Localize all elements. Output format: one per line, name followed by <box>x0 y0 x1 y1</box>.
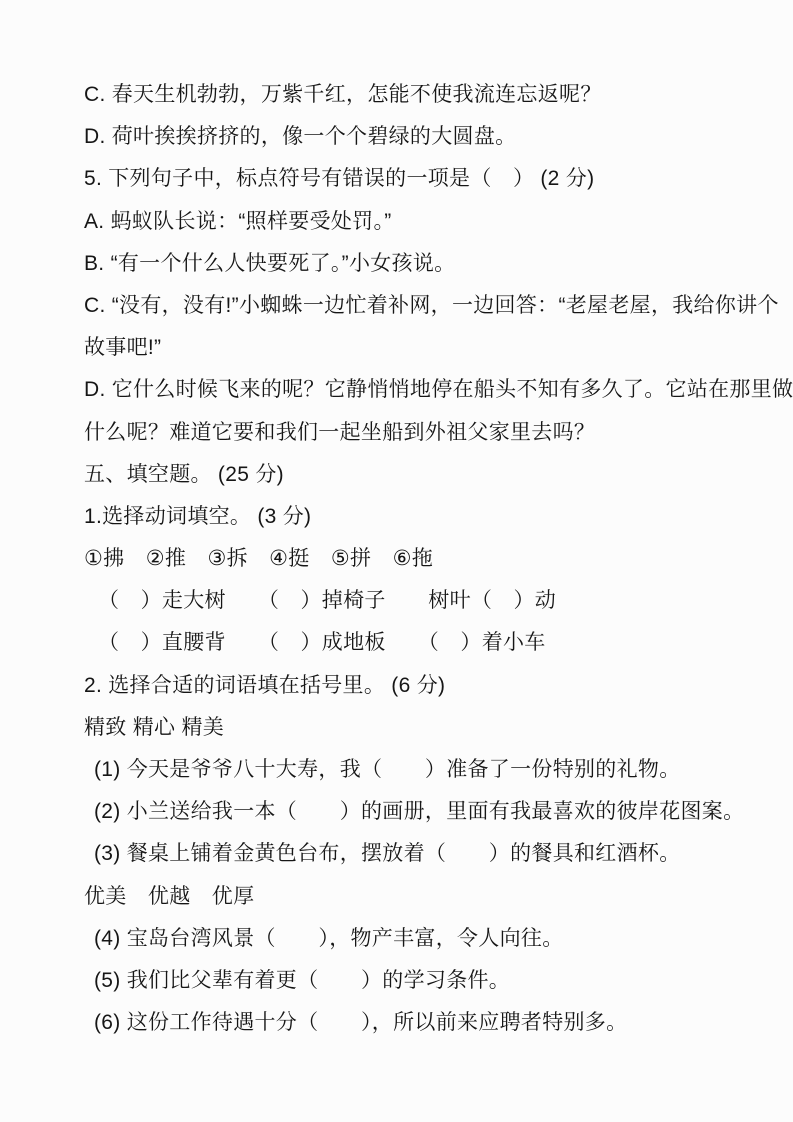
question5-title: 5. 下列句子中，标点符号有错误的一项是（ ） (2 分) <box>84 158 753 200</box>
fill2-item6: (6) 这份工作待遇十分（ ），所以前来应聘者特别多。 <box>84 1002 753 1044</box>
question5-option-c-line2: 故事吧!” <box>84 327 753 369</box>
fill2-word-group1: 精致 精心 精美 <box>84 707 753 749</box>
question5-option-d-line1: D. 它什么时候飞来的呢？它静悄悄地停在船头不知有多久了。它站在那里做 <box>84 369 753 411</box>
document-page: C. 春天生机勃勃，万紫千红，怎能不使我流连忘返呢？ D. 荷叶挨挨挤挤的，像一… <box>0 0 793 1122</box>
fill2-item1: (1) 今天是爷爷八十大寿，我（ ）准备了一份特别的礼物。 <box>84 749 753 791</box>
fill2-title: 2. 选择合适的词语填在括号里。 (6 分) <box>84 665 753 707</box>
fill1-blank-row2: （ ）直腰背 （ ）成地板 （ ）着小车 <box>84 622 753 664</box>
fill2-item2: (2) 小兰送给我一本（ ）的画册，里面有我最喜欢的彼岸花图案。 <box>84 791 753 833</box>
question4-option-c: C. 春天生机勃勃，万紫千红，怎能不使我流连忘返呢？ <box>84 74 753 116</box>
fill2-item3: (3) 餐桌上铺着金黄色台布，摆放着（ ）的餐具和红酒杯。 <box>84 833 753 875</box>
fill2-word-group2: 优美 优越 优厚 <box>84 876 753 918</box>
question5-option-a: A. 蚂蚁队长说：“照样要受处罚。” <box>84 201 753 243</box>
question5-option-b: B. “有一个什么人快要死了。”小女孩说。 <box>84 243 753 285</box>
question4-option-d: D. 荷叶挨挨挤挤的，像一个个碧绿的大圆盘。 <box>84 116 753 158</box>
exam-content: C. 春天生机勃勃，万紫千红，怎能不使我流连忘返呢？ D. 荷叶挨挨挤挤的，像一… <box>0 0 793 1044</box>
fill1-title: 1.选择动词填空。 (3 分) <box>84 496 753 538</box>
fill2-item5: (5) 我们比父辈有着更（ ）的学习条件。 <box>84 960 753 1002</box>
question5-option-d-line2: 什么呢？难道它要和我们一起坐船到外祖父家里去吗？ <box>84 412 753 454</box>
fill1-blank-row1: （ ）走大树 （ ）掉椅子 树叶（ ）动 <box>84 580 753 622</box>
fill2-item4: (4) 宝岛台湾风景（ ），物产丰富，令人向往。 <box>84 918 753 960</box>
fill1-word-bank: ①拂 ②推 ③拆 ④挺 ⑤拼 ⑥拖 <box>84 538 753 580</box>
section5-heading: 五、填空题。 (25 分) <box>84 454 753 496</box>
question5-option-c-line1: C. “没有，没有!”小蜘蛛一边忙着补网，一边回答：“老屋老屋，我给你讲个 <box>84 285 753 327</box>
